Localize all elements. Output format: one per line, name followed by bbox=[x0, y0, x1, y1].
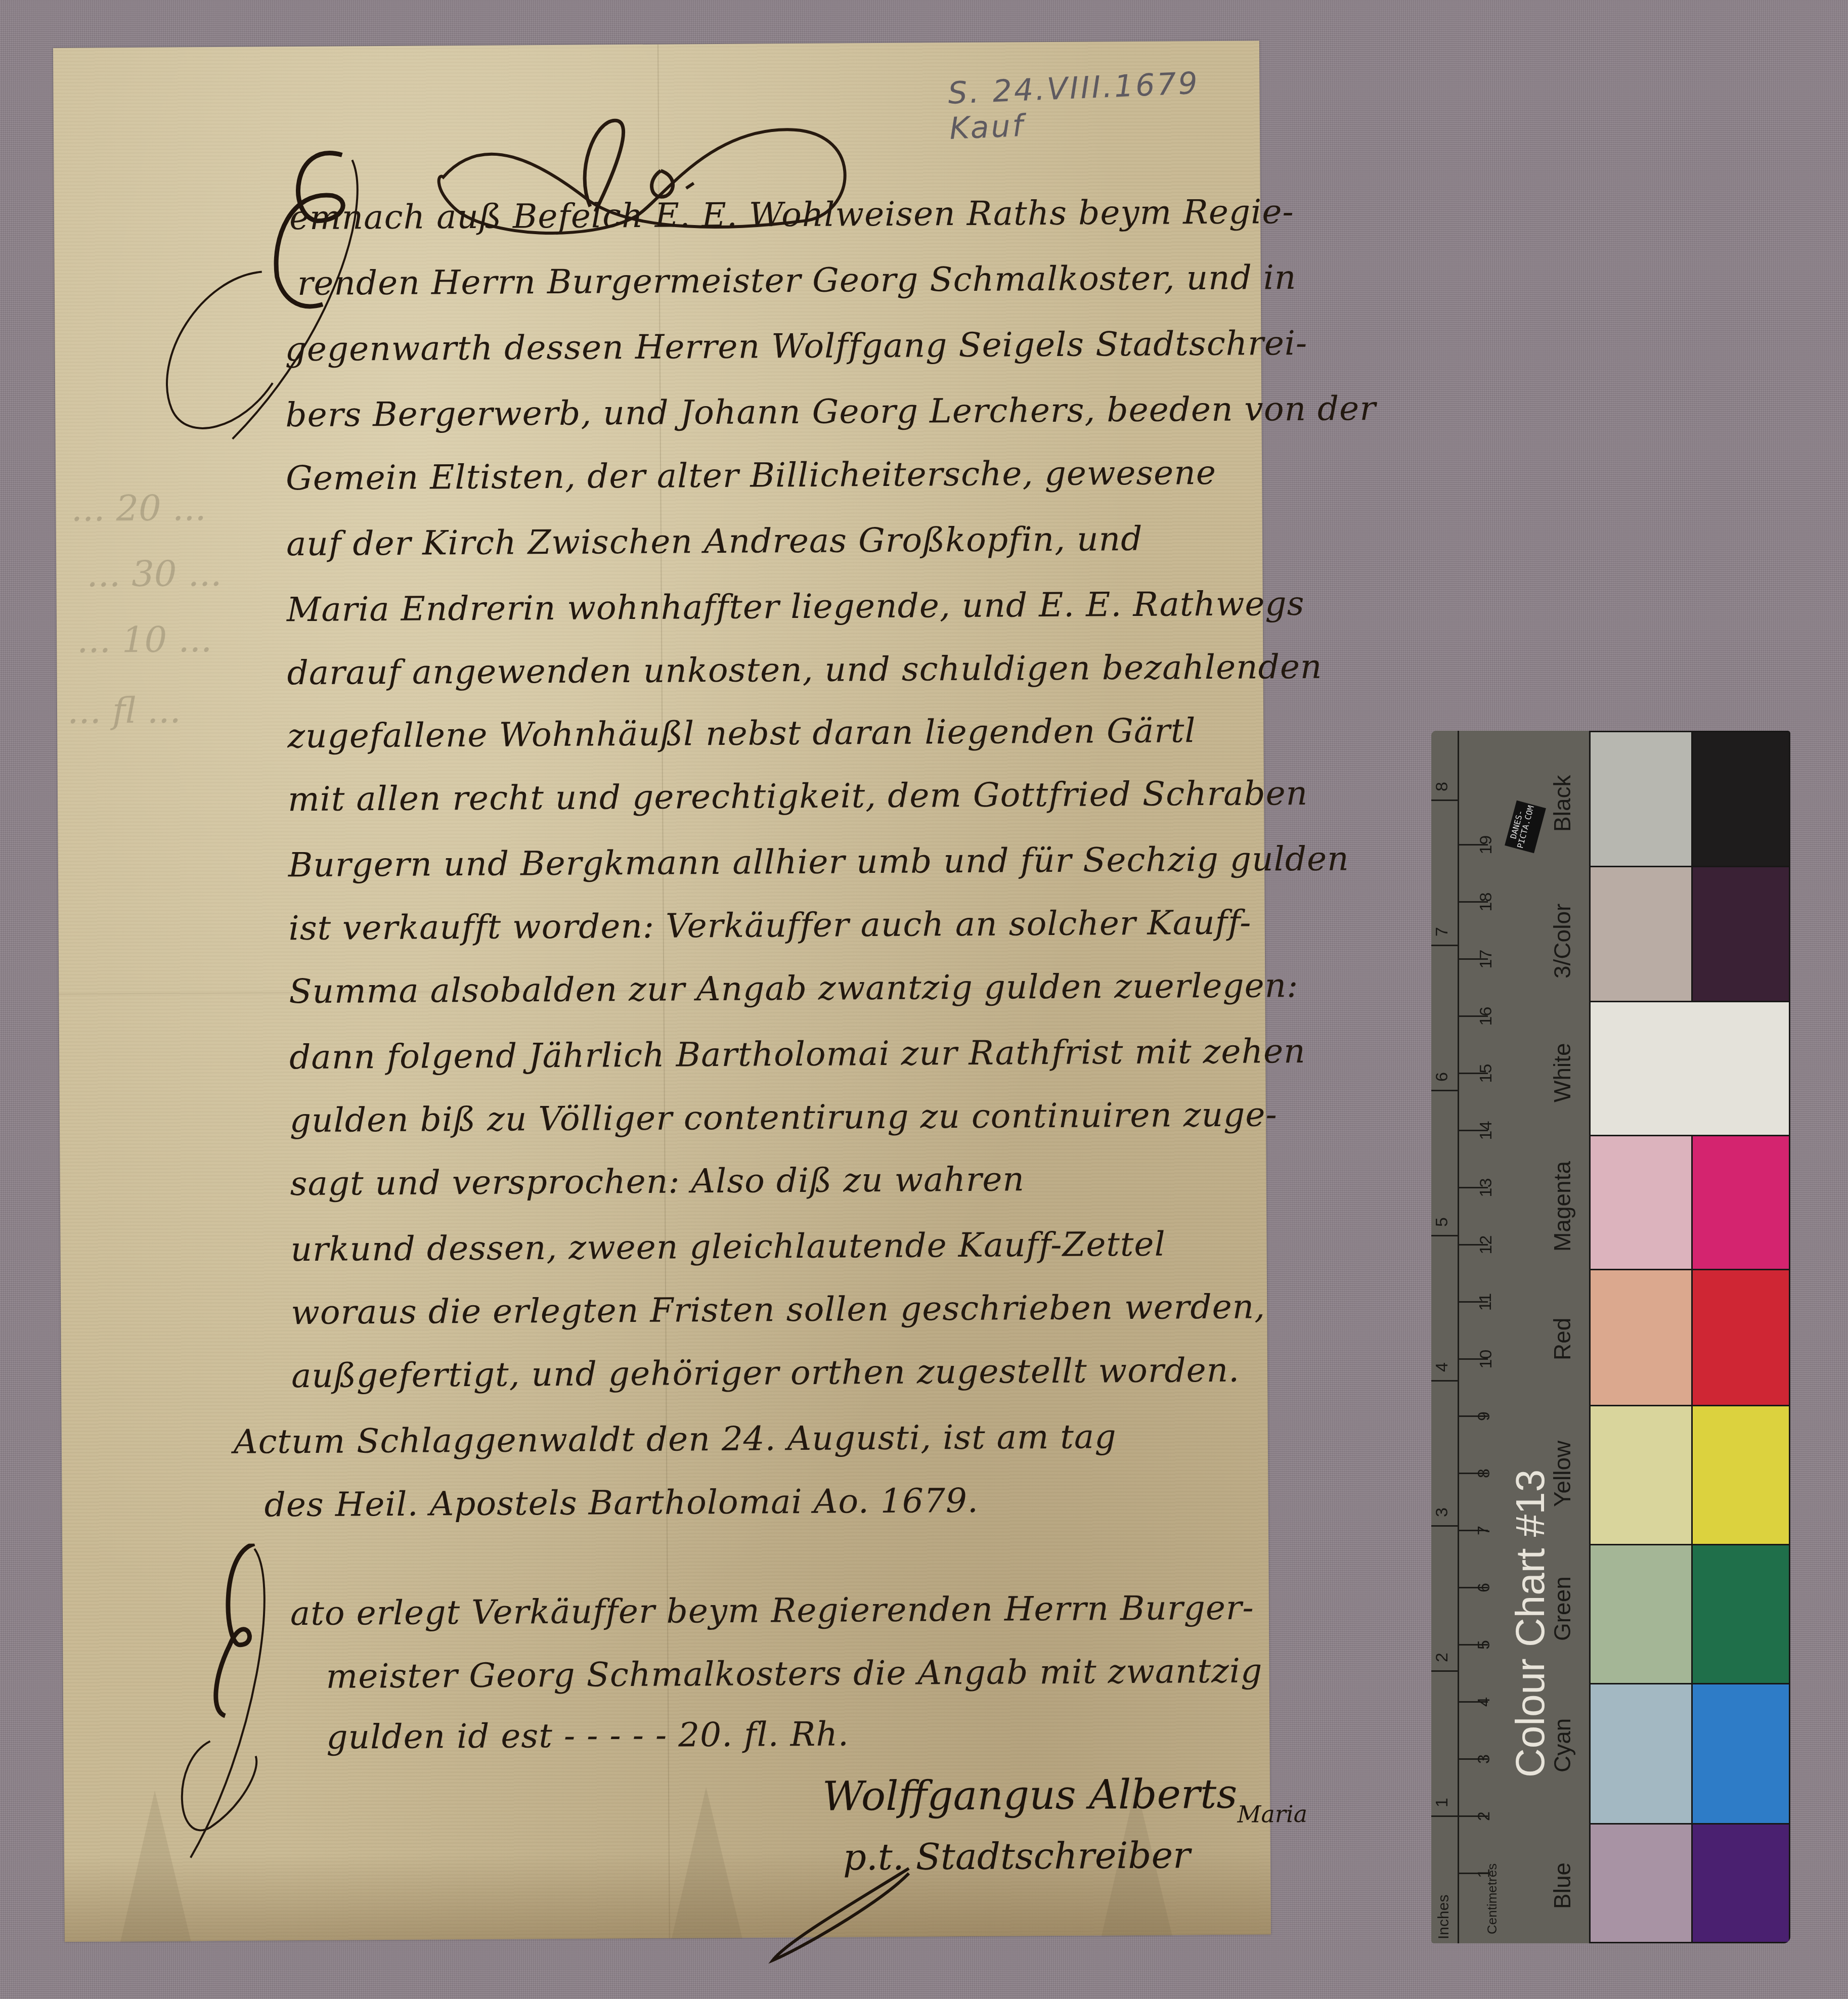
archive-pencil-note: S. 24.VIII.1679 Kauf bbox=[947, 63, 1261, 147]
inch-label: 4 bbox=[1432, 1362, 1452, 1372]
patch-label-green: Green bbox=[1549, 1576, 1576, 1641]
inch-label: 2 bbox=[1432, 1653, 1452, 1662]
paper-notch bbox=[671, 1787, 742, 1939]
inch-tick bbox=[1431, 1815, 1459, 1817]
inch-label: 1 bbox=[1432, 1798, 1452, 1807]
inches-label: Inches bbox=[1435, 1895, 1453, 1939]
patch-white bbox=[1589, 1001, 1790, 1136]
patch-label-black: Black bbox=[1549, 775, 1576, 832]
actum-date-line: des Heil. Apostels Bartholomai Ao. 1679. bbox=[264, 1481, 979, 1525]
initial-d-flourish-icon bbox=[179, 1543, 342, 1868]
colour-chart: 1 2 3 4 5 6 7 8 1 2 3 4 5 6 7 8 9 10 11 … bbox=[1431, 731, 1790, 1943]
text-line: Burgern und Bergkmann allhier umb und fü… bbox=[288, 839, 1349, 884]
patch-yellow-light bbox=[1589, 1405, 1693, 1545]
patch-green-light bbox=[1589, 1544, 1693, 1684]
inch-tick bbox=[1431, 945, 1459, 946]
text-line: darauf angewenden unkosten, und schuldig… bbox=[287, 647, 1322, 693]
patch-red-light bbox=[1589, 1269, 1693, 1406]
bleed-through-text: ... 30 ... bbox=[86, 553, 222, 595]
patch-black-dark bbox=[1691, 731, 1790, 867]
text-line: zugefallene Wohnhäußl nebst daran liegen… bbox=[287, 711, 1196, 756]
cm-label: 7 bbox=[1474, 1526, 1494, 1535]
cm-label: 4 bbox=[1474, 1697, 1494, 1707]
text-line: gulden biß zu Völliger contentirung zu c… bbox=[290, 1095, 1278, 1140]
cm-label: 16 bbox=[1476, 1007, 1496, 1026]
receipt-line: ato erlegt Verkäuffer beym Regierenden H… bbox=[290, 1588, 1254, 1633]
cm-label: 19 bbox=[1476, 835, 1496, 855]
inch-tick bbox=[1431, 1235, 1459, 1236]
receipt-line: gulden id est - - - - - 20. fl. Rh. bbox=[326, 1714, 849, 1756]
text-line: sagt und versprochen: Also diß zu wahren bbox=[290, 1160, 1025, 1203]
patch-label-blue: Blue bbox=[1549, 1862, 1576, 1909]
patch-3color-dark bbox=[1691, 866, 1790, 1002]
text-line: dann folgend Jährlich Bartholomai zur Ra… bbox=[289, 1032, 1306, 1077]
text-line: außgefertigt, und gehöriger orthen zuges… bbox=[291, 1351, 1240, 1395]
patch-magenta-light bbox=[1589, 1135, 1693, 1270]
signature-note: Maria bbox=[1237, 1800, 1307, 1828]
patch-magenta-dark bbox=[1691, 1135, 1790, 1270]
cm-label: 14 bbox=[1476, 1121, 1496, 1140]
text-line: auf der Kirch Zwischen Andreas Großkopfi… bbox=[286, 519, 1143, 563]
inch-label: 5 bbox=[1432, 1217, 1452, 1227]
text-line: mit allen recht und gerechtigkeit, dem G… bbox=[288, 774, 1308, 819]
inch-tick bbox=[1431, 1380, 1459, 1382]
bleed-through-text: ... fl ... bbox=[67, 689, 181, 731]
text-line: woraus die erlegten Fristen sollen gesch… bbox=[291, 1287, 1265, 1332]
text-line: Gemein Eltisten, der alter Billicheiters… bbox=[286, 453, 1216, 498]
patch-black-light bbox=[1589, 731, 1693, 867]
patch-label-red: Red bbox=[1549, 1318, 1576, 1360]
actum-date-line: Actum Schlaggenwaldt den 24. Augusti, is… bbox=[234, 1417, 1117, 1461]
patch-red-dark bbox=[1691, 1269, 1790, 1406]
chart-title: Colour Chart #13 bbox=[1507, 1470, 1554, 1778]
inch-tick bbox=[1431, 799, 1459, 801]
inch-tick bbox=[1431, 1525, 1459, 1527]
patch-blue-light bbox=[1589, 1823, 1693, 1943]
cm-label: 18 bbox=[1476, 893, 1496, 912]
patch-label-white: White bbox=[1549, 1043, 1576, 1102]
cm-label: 3 bbox=[1474, 1754, 1494, 1764]
text-line: emnach auß Befelch E. E. Wohlweisen Rath… bbox=[289, 192, 1294, 237]
text-line: Summa alsobalden zur Angab zwantzig guld… bbox=[289, 966, 1299, 1011]
cm-label: 17 bbox=[1476, 950, 1496, 969]
text-line: urkund dessen, zween gleichlautende Kauf… bbox=[290, 1225, 1166, 1269]
patch-yellow-dark bbox=[1691, 1405, 1790, 1545]
inch-label: 7 bbox=[1432, 927, 1452, 937]
patch-cyan-dark bbox=[1691, 1683, 1790, 1825]
centimetres-label: Centimetres bbox=[1484, 1863, 1500, 1934]
patch-label-magenta: Magenta bbox=[1549, 1161, 1576, 1252]
inch-label: 8 bbox=[1432, 782, 1452, 791]
manuscript-page: ... 20 ... ... 30 ... ... 10 ... ... fl … bbox=[53, 40, 1271, 1941]
cm-label: 8 bbox=[1474, 1469, 1494, 1478]
patch-label-3color: 3/Color bbox=[1549, 904, 1576, 979]
text-line: gegenwarth dessen Herren Wolffgang Seige… bbox=[285, 324, 1307, 369]
receipt-line: meister Georg Schmalkosters die Angab mi… bbox=[326, 1651, 1262, 1696]
cm-label: 2 bbox=[1474, 1811, 1494, 1821]
signature-flourish-icon bbox=[767, 1863, 919, 1966]
inch-label: 3 bbox=[1432, 1507, 1452, 1517]
patch-3color-light bbox=[1589, 866, 1693, 1002]
signature-name: Wolffgangus Alberts bbox=[822, 1770, 1238, 1820]
patch-cyan-light bbox=[1589, 1683, 1693, 1825]
bleed-through-text: ... 10 ... bbox=[77, 618, 212, 661]
patch-blue-dark bbox=[1691, 1823, 1790, 1943]
text-line: renden Herrn Burgermeister Georg Schmalk… bbox=[297, 258, 1297, 303]
cm-label: 6 bbox=[1474, 1583, 1494, 1592]
inch-label: 6 bbox=[1432, 1072, 1452, 1082]
cm-label: 13 bbox=[1476, 1178, 1496, 1197]
text-line: bers Bergerwerb, und Johann Georg Lerche… bbox=[285, 389, 1376, 434]
cm-label: 15 bbox=[1476, 1064, 1496, 1083]
cm-label: 9 bbox=[1474, 1411, 1494, 1421]
patch-label-yellow: Yellow bbox=[1549, 1441, 1576, 1507]
cm-label: 5 bbox=[1474, 1640, 1494, 1650]
cm-label: 11 bbox=[1476, 1293, 1495, 1311]
patch-green-dark bbox=[1691, 1544, 1790, 1684]
inch-tick bbox=[1431, 1670, 1459, 1672]
cm-label: 12 bbox=[1476, 1235, 1496, 1255]
patch-label-cyan: Cyan bbox=[1549, 1718, 1576, 1772]
cm-label: 10 bbox=[1476, 1350, 1496, 1369]
ruler-line bbox=[1458, 731, 1459, 1943]
bleed-through-text: ... 20 ... bbox=[71, 487, 206, 529]
text-line: Maria Endrerin wohnhaffter liegende, und… bbox=[287, 584, 1305, 629]
text-line: ist verkaufft worden: Verkäuffer auch an… bbox=[288, 903, 1251, 948]
inch-tick bbox=[1431, 1090, 1459, 1091]
